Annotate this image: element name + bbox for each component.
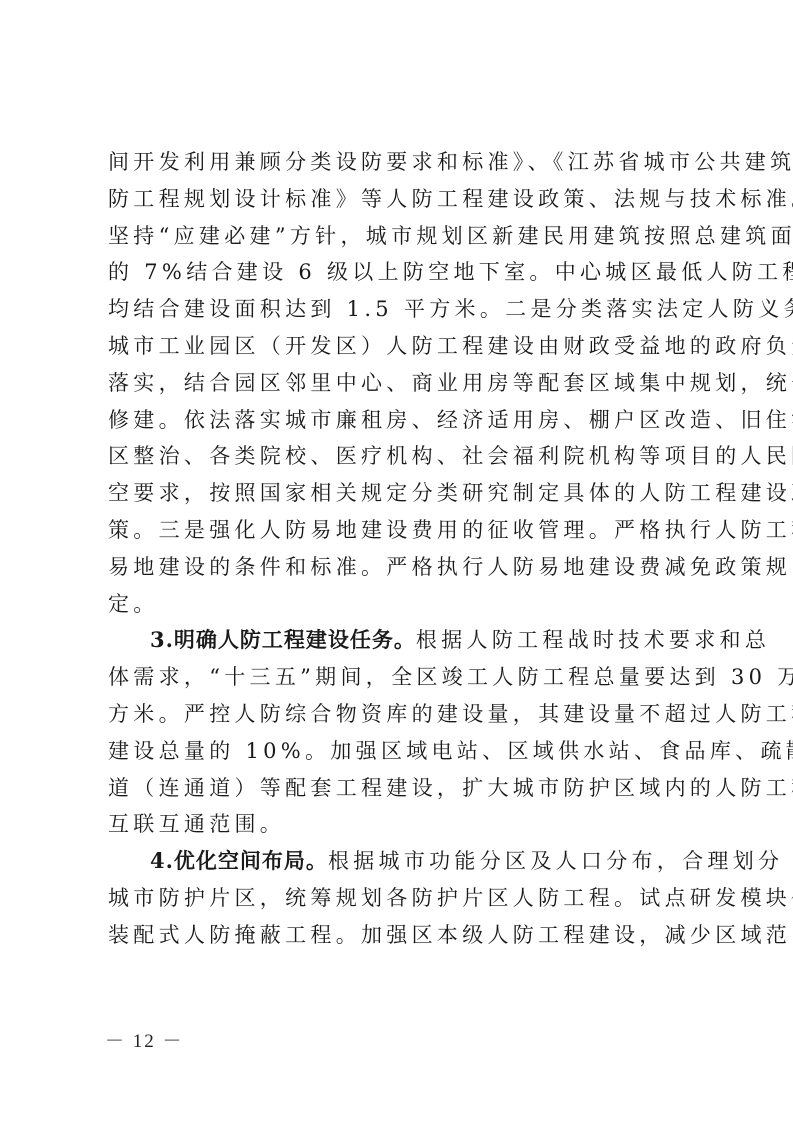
text-line: 策。三是强化人防易地建设费用的征收管理。严格执行人防工程: [108, 512, 692, 549]
section-heading-4: 4.优化空间布局。: [150, 848, 328, 873]
text-run: 根据人防工程战时技术要求和总: [416, 628, 770, 652]
text-line: 的 7%结合建设 6 级以上防空地下室。中心城区最低人防工程人: [108, 254, 692, 291]
text-line: 定。: [108, 586, 692, 623]
text-line: 道（连通道）等配套工程建设，扩大城市防护区域内的人防工程: [108, 770, 692, 807]
text-line: 易地建设的条件和标准。严格执行人防易地建设费减免政策规: [108, 549, 692, 586]
page-number: － 12 －: [105, 1026, 184, 1053]
text-run: 根据城市功能分区及人口分布，合理划分: [328, 849, 783, 873]
text-line: 区整治、各类院校、医疗机构、社会福利院机构等项目的人民防: [108, 438, 692, 475]
text-line: 建设总量的 10%。加强区域电站、区域供水站、食品库、疏散干: [108, 733, 692, 770]
text-line: 坚持“应建必建”方针，城市规划区新建民用建筑按照总建筑面积: [108, 218, 692, 255]
text-line: 防工程规划设计标准》等人防工程建设政策、法规与技术标准。: [108, 181, 692, 218]
section-heading-3: 3.明确人防工程建设任务。: [150, 627, 416, 652]
text-line: 装配式人防掩蔽工程。加强区本级人防工程建设，减少区域范围: [108, 917, 692, 954]
text-line: 均结合建设面积达到 1.5 平方米。二是分类落实法定人防义务。: [108, 291, 692, 328]
text-line: 间开发利用兼顾分类设防要求和标准》、《江苏省城市公共建筑人: [108, 144, 692, 181]
paragraph-construction-tasks: 3.明确人防工程建设任务。根据人防工程战时技术要求和总 体需求，“十三五”期间，…: [108, 622, 692, 843]
paragraph-spatial-layout: 4.优化空间布局。根据城市功能分区及人口分布，合理划分 城市防护片区，统筹规划各…: [108, 843, 692, 953]
text-line: 城市防护片区，统筹规划各防护片区人防工程。试点研发模块化: [108, 880, 692, 917]
text-line: 空要求，按照国家相关规定分类研究制定具体的人防工程建设政: [108, 475, 692, 512]
text-line: 方米。严控人防综合物资库的建设量，其建设量不超过人防工程: [108, 696, 692, 733]
text-line: 4.优化空间布局。根据城市功能分区及人口分布，合理划分: [108, 843, 692, 880]
text-line: 3.明确人防工程建设任务。根据人防工程战时技术要求和总: [108, 622, 692, 659]
text-line: 互联互通范围。: [108, 806, 692, 843]
document-body: 间开发利用兼顾分类设防要求和标准》、《江苏省城市公共建筑人 防工程规划设计标准》…: [108, 144, 692, 954]
text-line: 城市工业园区（开发区）人防工程建设由财政受益地的政府负责: [108, 328, 692, 365]
text-line: 修建。依法落实城市廉租房、经济适用房、棚户区改造、旧住宅: [108, 402, 692, 439]
paragraph-policy-standards: 间开发利用兼顾分类设防要求和标准》、《江苏省城市公共建筑人 防工程规划设计标准》…: [108, 144, 692, 622]
text-line: 落实，结合园区邻里中心、商业用房等配套区域集中规划，统一: [108, 365, 692, 402]
text-line: 体需求，“十三五”期间，全区竣工人防工程总量要达到 30 万平: [108, 659, 692, 696]
